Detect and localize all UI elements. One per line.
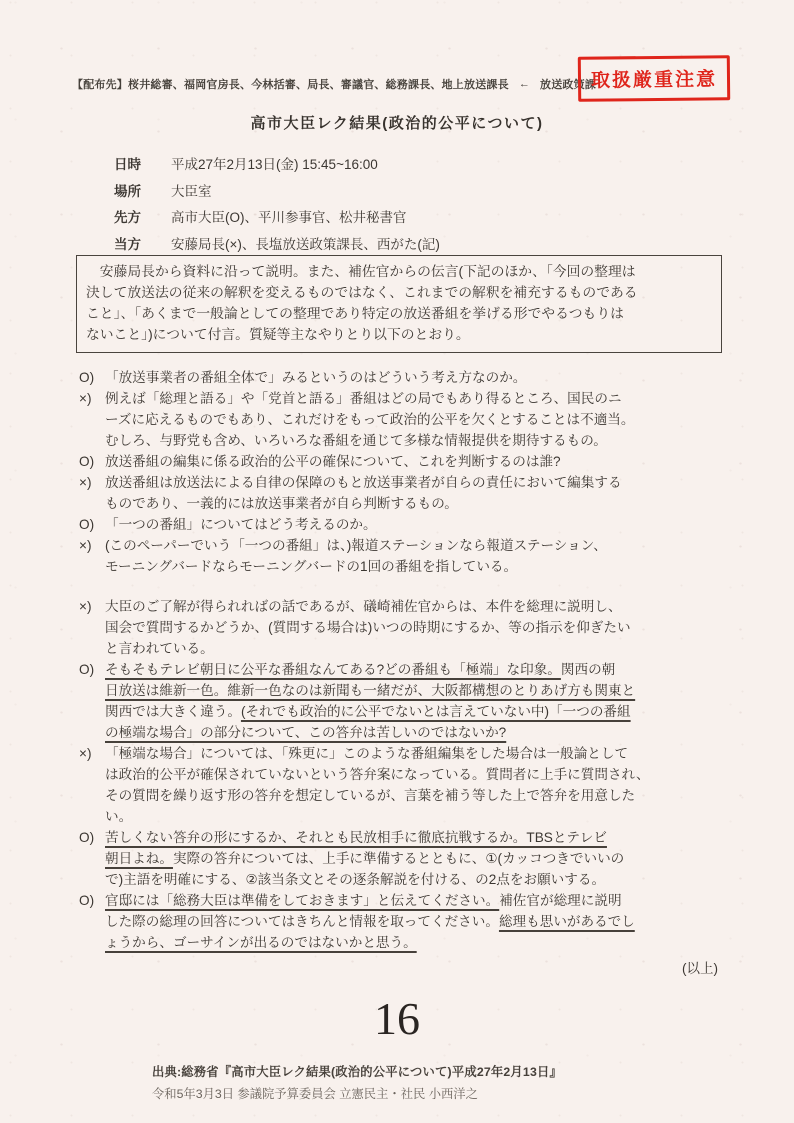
dialogue-line: 「一つの番組」についてはどう考えるのか。 xyxy=(105,514,729,535)
speaker-marker: ×) xyxy=(79,472,105,514)
dialogue-line: 「放送事業者の番組全体で」みるというのはどういう考え方なのか。 xyxy=(105,367,729,388)
dialogue-item: O)「一つの番組」についてはどう考えるのか。 xyxy=(79,514,729,535)
meta-row: 日時平成27年2月13日(金) 15:45~16:00 xyxy=(114,153,440,173)
dialogue-line: と言われている。 xyxy=(105,638,729,659)
dialogue-line: 例えば「総理と語る」や「党首と語る」番組はどの局でもあり得るところ、国民のニ xyxy=(105,388,729,409)
underlined-text: (それでも政治的に公平でないとは言えていない中)「一つの番組 xyxy=(241,704,631,719)
dialogue-line: モーニングバードならモーニングバードの1回の番組を指している。 xyxy=(105,556,729,577)
dialogue-line: い。 xyxy=(105,806,729,827)
dialogue-line: 関西では大きく違う。(それでも政治的に公平でないとは言えていない中)「一つの番組 xyxy=(105,701,729,722)
dialogue-list: O)「放送事業者の番組全体で」みるというのはどういう考え方なのか。×)例えば「総… xyxy=(79,367,729,953)
text-segment: ものであり、一義的には放送事業者が自ら判断するもの。 xyxy=(105,496,458,511)
dialogue-item: ×)「極端な場合」については、「殊更に」このような番組編集をした場合は一般論とし… xyxy=(79,743,729,827)
text-segment: その質問を繰り返す形の答弁を想定しているが、言葉を補う等した上で答弁を用意した xyxy=(105,788,635,803)
underlined-text: 官邸には「総務大臣は準備をしておきます」と伝えてください。 xyxy=(105,893,499,908)
dialogue-line: は政治的公平が確保されていないという答弁案になっている。質問者に上手に質問され、 xyxy=(105,764,729,785)
attribution-line: 令和5年3月3日 参議院予算委員会 立憲民主・社民 小西洋之 xyxy=(152,1084,562,1102)
dialogue-body: 「一つの番組」についてはどう考えるのか。 xyxy=(105,514,729,535)
underlined-text: 朝日よね。 xyxy=(105,851,173,866)
text-segment: 国会で質問するかどうか、(質問する場合は)いつの時期にするか、等の指示を仰ぎたい xyxy=(105,620,631,635)
text-segment: 大臣のご了解が得られればの話であるが、礒崎補佐官からは、本件を総理に説明し、 xyxy=(105,599,622,614)
dialogue-line: 国会で質問するかどうか、(質問する場合は)いつの時期にするか、等の指示を仰ぎたい xyxy=(105,617,729,638)
dialogue-line: 苦しくない答弁の形にするか、それとも民放相手に徹底抗戦するか。TBSとテレビ xyxy=(105,827,729,848)
text-segment: い。 xyxy=(105,809,132,824)
dialogue-line: そもそもテレビ朝日に公平な番組なんてある?どの番組も「極端」な印象。関西の朝 xyxy=(105,659,729,680)
text-segment: と言われている。 xyxy=(105,641,214,656)
speaker-marker: O) xyxy=(79,451,105,472)
text-segment: 「極端な場合」については、「殊更に」このような番組編集をした場合は一般論として xyxy=(105,746,628,761)
text-segment: 補佐官が総理に説明 xyxy=(499,893,621,908)
summary-box-line: 決して放送法の従来の解釈を変えるものではなく、これまでの解釈を補充するものである xyxy=(86,282,712,303)
speaker-marker: O) xyxy=(79,659,105,743)
dialogue-line: 官邸には「総務大臣は準備をしておきます」と伝えてください。補佐官が総理に説明 xyxy=(105,890,729,911)
dialogue-line: 放送番組の編集に係る政治的公平の確保について、これを判断するのは誰? xyxy=(105,451,729,472)
source-footer: 出典:総務省『高市大臣レク結果(政治的公平について)平成27年2月13日』 令和… xyxy=(152,1062,562,1102)
dialogue-line: の極端な場合」の部分について、この答弁は苦しいのではないか? xyxy=(105,722,729,743)
dialogue-line: その質問を繰り返す形の答弁を想定しているが、言葉を補う等した上で答弁を用意した xyxy=(105,785,729,806)
summary-box: 安藤局長から資料に沿って説明。また、補佐官からの伝言(下記のほか、「今回の整理は… xyxy=(76,255,722,353)
dialogue-item: ×)放送番組は放送法による自律の保障のもと放送事業者が自らの責任において編集する… xyxy=(79,472,729,514)
text-segment: 放送番組は放送法による自律の保障のもと放送事業者が自らの責任において編集する xyxy=(105,475,622,490)
dialogue-body: 放送番組の編集に係る政治的公平の確保について、これを判断するのは誰? xyxy=(105,451,729,472)
text-segment: 例えば「総理と語る」や「党首と語る」番組はどの局でもあり得るところ、国民のニ xyxy=(105,391,622,406)
dialogue-item: O)官邸には「総務大臣は準備をしておきます」と伝えてください。補佐官が総理に説明… xyxy=(79,890,729,953)
page-number: 16 xyxy=(0,992,794,1045)
text-segment: で)主語を明確にする、②該当条文とその逐条解説を付ける、の2点をお願いする。 xyxy=(105,872,605,887)
dialogue-body: (このペーパーでいう「一つの番組」は、)報道ステーションなら報道ステーション、モ… xyxy=(105,535,729,577)
text-segment: 「放送事業者の番組全体で」みるというのはどういう考え方なのか。 xyxy=(105,370,526,385)
speaker-marker: O) xyxy=(79,367,105,388)
meta-label: 日時 xyxy=(114,153,171,173)
speaker-marker: O) xyxy=(79,890,105,953)
dialogue-body: 放送番組は放送法による自律の保障のもと放送事業者が自らの責任において編集するもの… xyxy=(105,472,729,514)
dialogue-item: ×)大臣のご了解が得られればの話であるが、礒崎補佐官からは、本件を総理に説明し、… xyxy=(79,596,729,659)
speaker-marker: O) xyxy=(79,827,105,890)
meta-label: 先方 xyxy=(114,206,171,226)
summary-box-line: 安藤局長から資料に沿って説明。また、補佐官からの伝言(下記のほか、「今回の整理は xyxy=(86,261,712,282)
text-segment: モーニングバードならモーニングバードの1回の番組を指している。 xyxy=(105,559,517,574)
meta-value: 大臣室 xyxy=(171,180,212,200)
underlined-text: 苦しくない答弁の形にするか、それとも民放相手に徹底抗戦するか。TBSとテレビ xyxy=(105,830,607,845)
source-line: 出典:総務省『高市大臣レク結果(政治的公平について)平成27年2月13日』 xyxy=(152,1062,562,1080)
dialogue-body: 大臣のご了解が得られればの話であるが、礒崎補佐官からは、本件を総理に説明し、国会… xyxy=(105,596,729,659)
dialogue-item: O)苦しくない答弁の形にするか、それとも民放相手に徹底抗戦するか。TBSとテレビ… xyxy=(79,827,729,890)
dialogue-line: 「極端な場合」については、「殊更に」このような番組編集をした場合は一般論として xyxy=(105,743,729,764)
text-segment: 関西の朝 xyxy=(561,662,615,677)
text-segment: は政治的公平が確保されていないという答弁案になっている。質問者に上手に質問され、 xyxy=(105,767,650,782)
underlined-text: 総理も思いがあるでし xyxy=(499,914,635,929)
text-segment: 関西では大きく違う。 xyxy=(105,704,241,719)
document-sheet: 【配布先】桜井総審、福岡官房長、今林括審、局長、審議官、総務課長、地上放送課長 … xyxy=(0,0,794,1123)
text-segment: 放送番組の編集に係る政治的公平の確保について、これを判断するのは誰? xyxy=(105,454,561,469)
dialogue-line: ょうから、ゴーサインが出るのではないかと思う。 xyxy=(105,932,729,953)
handling-caution-stamp: 取扱厳重注意 xyxy=(578,55,730,102)
summary-box-line: ないこと」)について付言。質疑等主なやりとり以下のとおり。 xyxy=(86,324,712,345)
text-segment: 「一つの番組」についてはどう考えるのか。 xyxy=(105,517,377,532)
dialogue-line: 大臣のご了解が得られればの話であるが、礒崎補佐官からは、本件を総理に説明し、 xyxy=(105,596,729,617)
dialogue-line: した際の総理の回答についてはきちんと情報を取ってください。総理も思いがあるでし xyxy=(105,911,729,932)
speaker-marker: ×) xyxy=(79,743,105,827)
underlined-text: そもそもテレビ朝日に公平な番組なんてある?どの番組も「極端」な印象。 xyxy=(105,662,561,677)
left-arrow-icon: ← xyxy=(519,78,530,90)
text-segment: ーズに応えるものでもあり、これだけをもって政治的公平を欠くとすることは不適当。 xyxy=(105,412,634,427)
dialogue-body: 例えば「総理と語る」や「党首と語る」番組はどの局でもあり得るところ、国民のニーズ… xyxy=(105,388,729,451)
underlined-text: ょうから、ゴーサインが出るのではないかと思う。 xyxy=(105,935,417,950)
distribution-line: 【配布先】桜井総審、福岡官房長、今林括審、局長、審議官、総務課長、地上放送課長 … xyxy=(72,76,614,92)
page-title: 高市大臣レク結果(政治的公平について) xyxy=(0,112,794,133)
dialogue-body: 官邸には「総務大臣は準備をしておきます」と伝えてください。補佐官が総理に説明した… xyxy=(105,890,729,953)
summary-box-line: こと」、「あくまで一般論としての整理であり特定の放送番組を挙げる形でやるつもりは xyxy=(86,303,712,324)
meta-list: 日時平成27年2月13日(金) 15:45~16:00場所大臣室先方高市大臣(O… xyxy=(114,153,440,259)
meta-label: 場所 xyxy=(114,180,171,200)
speaker-marker: ×) xyxy=(79,388,105,451)
dialogue-line: 朝日よね。実際の答弁については、上手に準備するとともに、①(カッコつきでいいの xyxy=(105,848,729,869)
dialogue-line: ーズに応えるものでもあり、これだけをもって政治的公平を欠くとすることは不適当。 xyxy=(105,409,729,430)
dialogue-body: 苦しくない答弁の形にするか、それとも民放相手に徹底抗戦するか。TBSとテレビ朝日… xyxy=(105,827,729,890)
dialogue-line: (このペーパーでいう「一つの番組」は、)報道ステーションなら報道ステーション、 xyxy=(105,535,729,556)
dialogue-body: 「放送事業者の番組全体で」みるというのはどういう考え方なのか。 xyxy=(105,367,729,388)
speaker-marker: ×) xyxy=(79,535,105,577)
dialogue-line: 放送番組は放送法による自律の保障のもと放送事業者が自らの責任において編集する xyxy=(105,472,729,493)
dialogue-line: 日放送は維新一色。維新一色なのは新聞も一緒だが、大阪都構想のとりあげ方も関東と xyxy=(105,680,729,701)
meta-value: 高市大臣(O)、平川参事官、松井秘書官 xyxy=(171,206,407,226)
meta-value: 安藤局長(×)、長塩放送政策課長、西がた(記) xyxy=(171,233,440,253)
meta-row: 場所大臣室 xyxy=(114,180,440,200)
meta-label: 当方 xyxy=(114,233,171,253)
dialogue-line: ものであり、一義的には放送事業者が自ら判断するもの。 xyxy=(105,493,729,514)
text-segment: むしろ、与野党も含め、いろいろな番組を通じて多様な情報提供を期待するもの。 xyxy=(105,433,607,448)
closing-mark: (以上) xyxy=(682,957,718,977)
dialogue-body: 「極端な場合」については、「殊更に」このような番組編集をした場合は一般論としては… xyxy=(105,743,729,827)
dialogue-item: O)放送番組の編集に係る政治的公平の確保について、これを判断するのは誰? xyxy=(79,451,729,472)
meta-row: 先方高市大臣(O)、平川参事官、松井秘書官 xyxy=(114,206,440,226)
dialogue-line: むしろ、与野党も含め、いろいろな番組を通じて多様な情報提供を期待するもの。 xyxy=(105,430,729,451)
underlined-text: の極端な場合」の部分について、この答弁は苦しいのではないか? xyxy=(105,725,506,740)
dialogue-item: ×)(このペーパーでいう「一つの番組」は、)報道ステーションなら報道ステーション… xyxy=(79,535,729,577)
dialogue-item: O)「放送事業者の番組全体で」みるというのはどういう考え方なのか。 xyxy=(79,367,729,388)
speaker-marker: O) xyxy=(79,514,105,535)
text-segment: (このペーパーでいう「一つの番組」は、)報道ステーションなら報道ステーション、 xyxy=(105,538,607,553)
dialogue-line: で)主語を明確にする、②該当条文とその逐条解説を付ける、の2点をお願いする。 xyxy=(105,869,729,890)
underlined-text: 日放送は維新一色。維新一色なのは新聞も一緒だが、大阪都構想のとりあげ方も関東と xyxy=(105,683,635,698)
dialogue-item: O)そもそもテレビ朝日に公平な番組なんてある?どの番組も「極端」な印象。関西の朝… xyxy=(79,659,729,743)
dialogue-body: そもそもテレビ朝日に公平な番組なんてある?どの番組も「極端」な印象。関西の朝日放… xyxy=(105,659,729,743)
text-segment: 実際の答弁については、上手に準備するとともに、①(カッコつきでいいの xyxy=(173,851,624,866)
meta-row: 当方安藤局長(×)、長塩放送政策課長、西がた(記) xyxy=(114,233,440,253)
speaker-marker: ×) xyxy=(79,596,105,659)
text-segment: した際の総理の回答についてはきちんと情報を取ってください。 xyxy=(105,914,499,929)
meta-value: 平成27年2月13日(金) 15:45~16:00 xyxy=(171,153,378,173)
dialogue-item: ×)例えば「総理と語る」や「党首と語る」番組はどの局でもあり得るところ、国民のニ… xyxy=(79,388,729,451)
distribution-list: 【配布先】桜井総審、福岡官房長、今林括審、局長、審議官、総務課長、地上放送課長 xyxy=(72,76,509,92)
